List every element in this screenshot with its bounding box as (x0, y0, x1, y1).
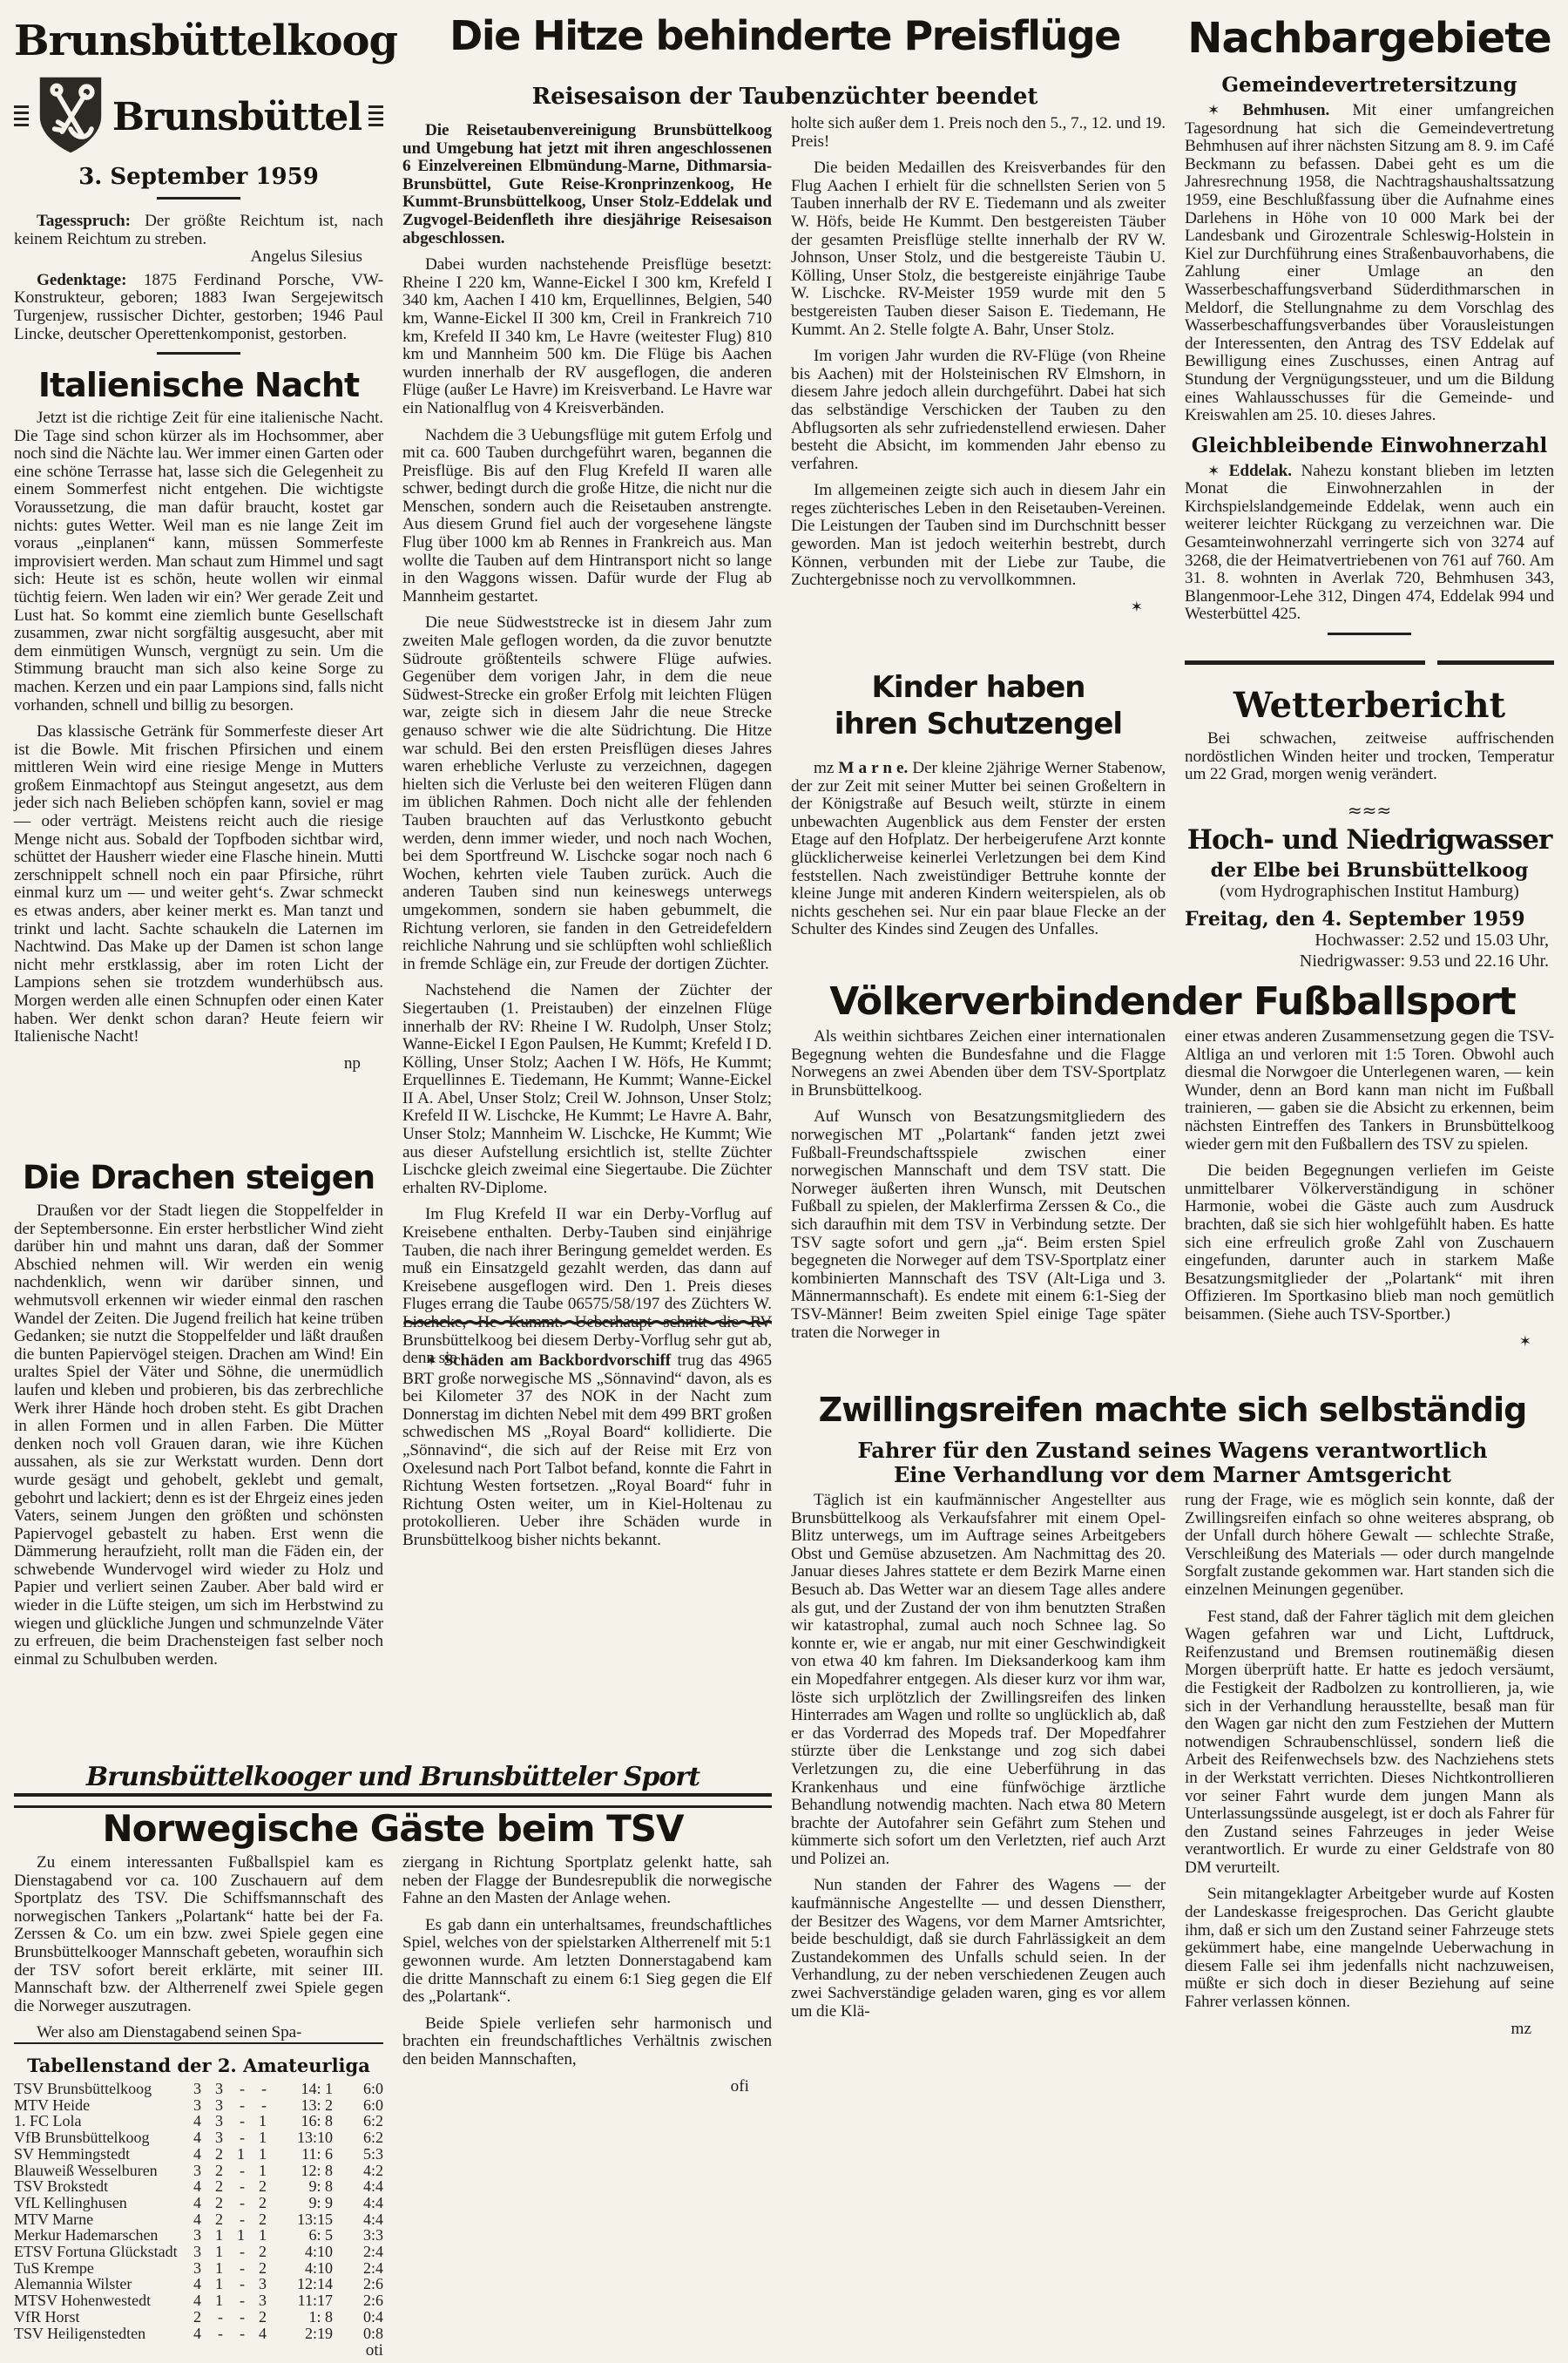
town-crest-icon (36, 73, 105, 161)
paragraph: Nachstehend die Namen der Züchter der Si… (402, 982, 772, 1197)
gezeiten-source: (vom Hydrographischen Institut Hamburg) (1185, 882, 1554, 902)
fussball-col3: Als weithin sichtbares Zeichen einer int… (791, 1028, 1166, 1351)
lead-paragraph: Die Reisetaubenvereinigung Brunsbüttelko… (402, 122, 772, 247)
stat-cell: 2:6 (333, 2276, 383, 2292)
paragraph: Nun standen der Fahrer des Wagens — der … (791, 1877, 1166, 2021)
stat-cell: 1 (245, 2227, 267, 2244)
stat-cell: 3 (201, 2129, 223, 2146)
paragraph: Dabei wurden nachstehende Preisflüge bes… (402, 256, 772, 417)
paragraph: Sein mitangeklagter Arbeitgeber wurde au… (1185, 1886, 1554, 2011)
stat-cell: - (223, 2244, 245, 2260)
club-name: TuS Krempe (14, 2260, 179, 2277)
club-name: TSV Brunsbüttelkoog (14, 2081, 179, 2097)
main-article-col2: Die Reisetaubenvereinigung Brunsbüttelko… (402, 122, 772, 1377)
stat-cell: 6:2 (333, 2129, 383, 2146)
stat-cell: 12: 8 (267, 2163, 333, 2179)
paragraph: Beide Spiele verliefen sehr harmonisch u… (402, 2015, 772, 2069)
table-row: VfB Brunsbüttelkoog43-113:106:2 (14, 2129, 383, 2146)
paragraph: Bei schwachen, zeitweise auffrischenden … (1185, 730, 1554, 784)
stat-cell: 1 (223, 2227, 245, 2244)
club-name: Blauweiß Wesselburen (14, 2163, 179, 2179)
place-lead: Eddelak. (1229, 462, 1292, 480)
stat-cell: 4 (179, 2195, 201, 2211)
stat-cell: 4:10 (267, 2260, 333, 2277)
sport-body-right: ziergang in Richtung Sportplatz gelenkt … (402, 1854, 772, 2096)
article-body-kinder: mz M a r n e. Der kleine 2jährige Werner… (791, 760, 1166, 948)
table-row: TuS Krempe31-24:102:4 (14, 2260, 383, 2277)
stat-cell: 0:4 (333, 2309, 383, 2326)
stat-cell: - (223, 2276, 245, 2292)
stat-cell: 3 (179, 2081, 201, 2097)
club-name: TSV Heiligenstedten (14, 2326, 179, 2342)
gedenktage: Gedenktage: 1875 Ferdinand Porsche, VW-K… (14, 272, 383, 343)
stat-cell: 13:10 (267, 2129, 333, 2146)
tagesspruch-author: Angelus Silesius (14, 248, 383, 267)
table-row: Blauweiß Wesselburen32-112: 84:2 (14, 2163, 383, 2179)
paragraph: Die beiden Begegnungen verliefen im Geis… (1185, 1162, 1554, 1324)
table-row: MTV Heide33--13: 26:0 (14, 2097, 383, 2114)
masthead-row: Brunsbüttel (14, 73, 383, 160)
stat-cell: 1 (201, 2244, 223, 2260)
stat-cell: 3 (179, 2260, 201, 2277)
tagesspruch: Tagesspruch: Der größte Reichtum ist, na… (14, 213, 383, 248)
schaeden-lead: Schäden am Backbordvorschiff (444, 1351, 672, 1370)
heavy-divider (1185, 660, 1554, 665)
article-end-mark: ✶ (1185, 1333, 1554, 1351)
article-title-drachen: Die Drachen steigen (14, 1159, 383, 1196)
stat-cell: 2 (201, 2146, 223, 2163)
stat-cell: - (223, 2097, 245, 2114)
paragraph: Es gab dann ein unterhaltsames, freundsc… (402, 1917, 772, 2007)
paragraph: ✶ Eddelak. Nahezu konstant blieben im le… (1185, 463, 1554, 624)
stat-cell: 1 (201, 2292, 223, 2309)
stat-cell: 2 (201, 2211, 223, 2228)
stat-cell: 2:19 (267, 2326, 333, 2342)
place-name: M a r n e. (838, 759, 908, 777)
paragraph: Die neue Südweststrecke ist in diesem Ja… (402, 614, 772, 973)
club-name: TSV Brokstedt (14, 2178, 179, 2195)
stat-cell: 1 (201, 2260, 223, 2277)
stat-cell: 2:6 (333, 2292, 383, 2309)
zwillingsreifen-subtitle-2: Eine Verhandlung vor dem Marner Amtsgeri… (791, 1462, 1554, 1487)
gezeiten-day: Freitag, den 4. September 1959 (1185, 908, 1554, 931)
article-signature: np (14, 1055, 383, 1073)
ribbon-flourish-left-icon (14, 105, 29, 128)
main-subtitle: Reisesaison der Taubenzüchter beendet (402, 84, 1167, 110)
paragraph: Zu einem interessanten Fußballspiel kam … (14, 1854, 383, 2015)
section-title-nachbargebiete: Nachbargebiete (1185, 14, 1554, 63)
stat-cell: 16: 8 (267, 2113, 333, 2129)
stat-cell: 3 (179, 2244, 201, 2260)
stat-cell: 4:2 (333, 2163, 383, 2179)
wavy-divider (402, 1314, 772, 1333)
table-row: VfL Kellinghusen42-29: 94:4 (14, 2195, 383, 2211)
stat-cell: - (201, 2326, 223, 2342)
stat-cell: 4:4 (333, 2195, 383, 2211)
club-name: ETSV Fortuna Glückstadt (14, 2244, 179, 2260)
stat-cell: - (223, 2081, 245, 2097)
zwillingsreifen-col3: Täglich ist ein kaufmännischer Angestell… (791, 1492, 1166, 2029)
byline: mz (814, 759, 834, 777)
paragraph: Draußen vor der Stadt liegen die Stoppel… (14, 1202, 383, 1669)
paragraph: Das klassische Getränk für Sommerfeste d… (14, 723, 383, 1046)
issue-date: 3. September 1959 (14, 164, 383, 190)
stat-cell: 2 (245, 2178, 267, 2195)
table-row: MTSV Hohenwestedt41-311:172:6 (14, 2292, 383, 2309)
paragraph: Im Flug Krefeld II war ein Derby-Vorflug… (402, 1206, 772, 1367)
stat-cell: 1 (201, 2227, 223, 2244)
paragraph: holte sich außer dem 1. Preis noch den 5… (791, 115, 1166, 151)
stat-cell: 4 (179, 2146, 201, 2163)
fussball-col4: einer etwas anderen Zusammensetzung gege… (1185, 1028, 1554, 1351)
stat-cell: 4 (179, 2276, 201, 2292)
article-end-mark: ✶ (791, 599, 1166, 617)
paragraph: ✶ Behmhusen. Mit einer umfangreichen Tag… (1185, 102, 1554, 425)
stat-cell: 4 (179, 2129, 201, 2146)
stat-cell: - (223, 2129, 245, 2146)
stat-cell: 12:14 (267, 2276, 333, 2292)
kalender-block: Tagesspruch: Der größte Reichtum ist, na… (14, 213, 383, 352)
club-name: MTV Heide (14, 2097, 179, 2114)
section-divider (14, 352, 383, 355)
stat-cell: 0:8 (333, 2326, 383, 2342)
place-lead: Behmhusen. (1242, 101, 1329, 119)
article-title-kinder: Kinder haben ihren Schutzengel (791, 669, 1166, 742)
masthead-title-line1: Brunsbüttelkoog (14, 14, 383, 68)
standings-title: Tabellenstand der 2. Amateurliga (14, 2055, 383, 2076)
table-row: SV Hemmingstedt421111: 65:3 (14, 2146, 383, 2163)
item-star-icon: ✶ (1207, 463, 1220, 480)
stat-cell: 3 (179, 2227, 201, 2244)
stat-cell: 3 (179, 2163, 201, 2179)
subhead: Gemeindevertretersitzung (1185, 73, 1554, 97)
article-body-drachen: Draußen vor der Stadt liegen die Stoppel… (14, 1202, 383, 1677)
stat-cell: - (223, 2309, 245, 2326)
stat-cell: 3 (201, 2081, 223, 2097)
article-signature: ofi (402, 2078, 772, 2096)
stat-cell: - (223, 2211, 245, 2228)
stat-cell: 1 (223, 2146, 245, 2163)
gedenktage-label: Gedenktage: (37, 271, 126, 289)
main-article-col3: holte sich außer dem 1. Preis noch den 5… (791, 115, 1166, 616)
stat-cell: - (223, 2260, 245, 2277)
paragraph: Auf Wunsch von Besatzungsmitgliedern des… (791, 1108, 1166, 1342)
stat-cell: 3 (201, 2097, 223, 2114)
stat-cell: 1 (201, 2276, 223, 2292)
tagesspruch-label: Tagesspruch: (37, 212, 131, 230)
stat-cell: - (223, 2178, 245, 2195)
article-title-italienische-nacht: Italienische Nacht (14, 366, 383, 404)
paragraph: einer etwas anderen Zusammensetzung gege… (1185, 1028, 1554, 1154)
stat-cell: 4 (245, 2326, 267, 2342)
stat-cell: 2:4 (333, 2244, 383, 2260)
article-title-gezeiten: Hoch- und Niedrigwasser (1185, 824, 1554, 856)
stat-cell: 13: 2 (267, 2097, 333, 2114)
paragraph: Die beiden Medaillen des Kreisverbandes … (791, 159, 1166, 339)
stat-cell: 3:3 (333, 2227, 383, 2244)
stat-cell: 6:0 (333, 2081, 383, 2097)
paragraph: mz M a r n e. Der kleine 2jährige Werner… (791, 760, 1166, 939)
stat-cell: 1 (245, 2113, 267, 2129)
stat-cell: 4:4 (333, 2211, 383, 2228)
kinder-text: Der kleine 2jährige Werner Stabenow, der… (791, 759, 1166, 938)
stat-cell: 4 (179, 2211, 201, 2228)
club-name: VfB Brunsbüttelkoog (14, 2129, 179, 2146)
stat-cell: 2 (201, 2178, 223, 2195)
title-line: Kinder haben (791, 669, 1166, 706)
title-line: ihren Schutzengel (791, 706, 1166, 742)
table-divider (14, 2042, 383, 2044)
club-name: MTSV Hohenwestedt (14, 2292, 179, 2309)
stat-cell: 2 (245, 2244, 267, 2260)
stat-cell: 14: 1 (267, 2081, 333, 2097)
club-name: SV Hemmingstedt (14, 2146, 179, 2163)
date-divider (14, 197, 383, 200)
paragraph: Täglich ist ein kaufmännischer Angestell… (791, 1492, 1166, 1868)
stat-cell: 1: 8 (267, 2309, 333, 2326)
stat-cell: - (223, 2195, 245, 2211)
table-row: Alemannia Wilster41-312:142:6 (14, 2276, 383, 2292)
club-name: Alemannia Wilster (14, 2276, 179, 2292)
table-row: TSV Brokstedt42-29: 84:4 (14, 2178, 383, 2195)
stat-cell: - (223, 2163, 245, 2179)
club-name: VfR Horst (14, 2309, 179, 2326)
table-row: VfR Horst2--21: 80:4 (14, 2309, 383, 2326)
item-star-icon: ✶ (425, 1352, 437, 1370)
masthead-title-line2: Brunsbüttel (112, 95, 362, 139)
article-signature: mz (1185, 2021, 1554, 2039)
stat-cell: - (245, 2097, 267, 2114)
stat-cell: 2 (179, 2309, 201, 2326)
stat-cell: 4 (179, 2113, 201, 2129)
stat-cell: 4:4 (333, 2178, 383, 2195)
stat-cell: 3 (201, 2113, 223, 2129)
sport-section-label: Brunsbüttelkooger und Brunsbütteler Spor… (14, 1762, 772, 1792)
zwillingsreifen-subtitle-1: Fahrer für den Zustand seines Wagens ver… (791, 1438, 1554, 1463)
stat-cell: 3 (179, 2097, 201, 2114)
article-title-wetterbericht: Wetterbericht (1185, 685, 1554, 726)
stat-cell: 1 (245, 2163, 267, 2179)
table-row: 1. FC Lola43-116: 86:2 (14, 2113, 383, 2129)
stat-cell: 3 (245, 2276, 267, 2292)
sport-section-rule (14, 1793, 772, 1808)
stat-cell: 2 (245, 2211, 267, 2228)
stat-cell: 11:17 (267, 2292, 333, 2309)
standings-table-body: TSV Brunsbüttelkoog33--14: 16:0MTV Heide… (14, 2081, 383, 2341)
paragraph: Als weithin sichtbares Zeichen einer int… (791, 1028, 1166, 1100)
stat-cell: 2 (245, 2309, 267, 2326)
stat-cell: 13:15 (267, 2211, 333, 2228)
section-text: Mit einer umfangreichen Tagesordnung hat… (1185, 101, 1554, 424)
subhead: Gleichbleibende Einwohnerzahl (1185, 434, 1554, 457)
sport-body-left: Zu einem interessanten Fußballspiel kam … (14, 1854, 383, 2051)
stat-cell: 9: 8 (267, 2178, 333, 2195)
paragraph: Fest stand, daß der Fahrer täglich mit d… (1185, 1608, 1554, 1878)
stat-cell: - (201, 2309, 223, 2326)
stat-cell: 6: 5 (267, 2227, 333, 2244)
stat-cell: - (245, 2081, 267, 2097)
article-body-wetter: Bei schwachen, zeitweise auffrischenden … (1185, 730, 1554, 793)
sport-signature: oti (14, 2342, 406, 2360)
table-row: ETSV Fortuna Glückstadt31-24:102:4 (14, 2244, 383, 2260)
stat-cell: 11: 6 (267, 2146, 333, 2163)
zwillingsreifen-col4: rung der Frage, wie es möglich sein konn… (1185, 1492, 1554, 2038)
article-schaeden: ✶ Schäden am Backbordvorschiff trug das … (402, 1352, 772, 1559)
newspaper-page: { "colors":{"paper":"#f5f2ea","ink":"#20… (0, 0, 1568, 2363)
gezeiten-subtitle: der Elbe bei Brunsbüttelkoog (1185, 859, 1554, 882)
water-waves-icon: ≈≈≈ (1185, 803, 1554, 817)
table-row: Merkur Hademarschen31116: 53:3 (14, 2227, 383, 2244)
paragraph: Im vorigen Jahr wurden die RV-Flüge (von… (791, 348, 1166, 473)
section-text: Nahezu konstant blieben im letzten Monat… (1185, 462, 1554, 624)
paragraph: Im allgemeinen zeigte sich auch in diese… (791, 482, 1166, 590)
club-name: Merkur Hademarschen (14, 2227, 179, 2244)
stat-cell: - (223, 2113, 245, 2129)
article-body-italienische-nacht: Jetzt ist die richtige Zeit für eine ita… (14, 410, 383, 1073)
table-row: MTV Marne42-213:154:4 (14, 2211, 383, 2228)
section-divider (1185, 633, 1554, 635)
stat-cell: 1 (245, 2146, 267, 2163)
niedrigwasser-times: Niedrigwasser: 9.53 und 22.16 Uhr. (1185, 951, 1554, 972)
hochwasser-times: Hochwasser: 2.52 und 15.03 Uhr, (1185, 931, 1554, 951)
stat-cell: 2 (201, 2195, 223, 2211)
stat-cell: 6:0 (333, 2097, 383, 2114)
stat-cell: 6:2 (333, 2113, 383, 2129)
article-title-zwillingsreifen: Zwillingsreifen machte sich selbständig (791, 1391, 1554, 1429)
paragraph: Nachdem die 3 Uebungsflüge mit gutem Erf… (402, 427, 772, 606)
stat-cell: 2:4 (333, 2260, 383, 2277)
paragraph: rung der Frage, wie es möglich sein konn… (1185, 1492, 1554, 1600)
stat-cell: 2 (245, 2195, 267, 2211)
item-star-icon: ✶ (1207, 102, 1220, 119)
schaeden-text: trug das 4965 BRT große norwegische MS „… (402, 1351, 772, 1549)
stat-cell: - (223, 2292, 245, 2309)
article-title-fussballsport: Völkerverbindender Fußballsport (791, 979, 1554, 1024)
stat-cell: 3 (245, 2292, 267, 2309)
table-row: TSV Brunsbüttelkoog33--14: 16:0 (14, 2081, 383, 2097)
stat-cell: 2 (245, 2260, 267, 2277)
club-name: 1. FC Lola (14, 2113, 179, 2129)
paragraph: Jetzt ist die richtige Zeit für eine ita… (14, 410, 383, 714)
stat-cell: 4 (179, 2326, 201, 2342)
stat-cell: 4 (179, 2292, 201, 2309)
stat-cell: 4:10 (267, 2244, 333, 2260)
stat-cell: 5:3 (333, 2146, 383, 2163)
stat-cell: 1 (245, 2129, 267, 2146)
nachbargebiete-section: Nachbargebiete Gemeindevertretersitzung … (1185, 14, 1554, 633)
stat-cell: 2 (201, 2163, 223, 2179)
stat-cell: 4 (179, 2178, 201, 2195)
table-row: TSV Heiligenstedten4--42:190:8 (14, 2326, 383, 2342)
club-name: MTV Marne (14, 2211, 179, 2228)
paragraph: ziergang in Richtung Sportplatz gelenkt … (402, 1854, 772, 1908)
main-headline: Die Hitze behinderte Preisflüge (402, 12, 1167, 59)
club-name: VfL Kellinghusen (14, 2195, 179, 2211)
paragraph: ✶ Schäden am Backbordvorschiff trug das … (402, 1352, 772, 1550)
paragraph: Wer also am Dienstagabend seinen Spa- (14, 2024, 383, 2042)
article-title-norwegische-gaeste: Norwegische Gäste beim TSV (14, 1807, 772, 1850)
ribbon-flourish-right-icon (368, 105, 383, 128)
stat-cell: 9: 9 (267, 2195, 333, 2211)
stat-cell: - (223, 2326, 245, 2342)
